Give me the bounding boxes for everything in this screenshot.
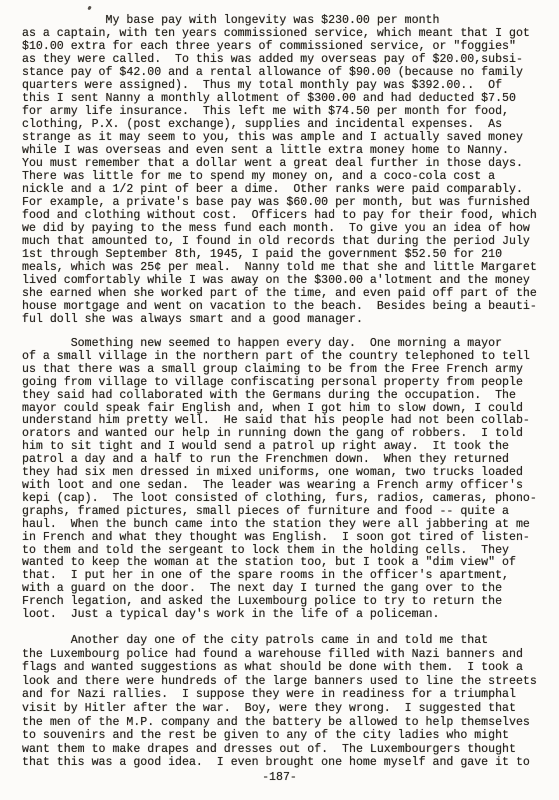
text-line: Something new seemed to happen every day… bbox=[22, 338, 552, 351]
text-line: house mortgage and went on vacation to t… bbox=[22, 300, 552, 313]
text-line: while I was overseas and even sent a lit… bbox=[22, 144, 552, 157]
text-line: we did by paying to the mess fund each m… bbox=[22, 222, 552, 235]
text-line: Another day one of the city patrols came… bbox=[22, 634, 552, 648]
paragraph-army-pay: My base pay with longevity was $230.00 p… bbox=[22, 14, 552, 326]
text-line: visit by Hitler after the war. Boy, were… bbox=[22, 702, 552, 716]
text-line: she earned when she worked part of the t… bbox=[22, 287, 552, 300]
text-line: and for Nazi rallies. I suppose they wer… bbox=[22, 688, 552, 702]
document-page: My base pay with longevity was $230.00 p… bbox=[0, 0, 559, 800]
text-line: of a small village in the northern part … bbox=[22, 351, 552, 364]
text-line: to souvenirs and the rest be given to an… bbox=[22, 729, 552, 743]
text-line: food and clothing without cost. Officers… bbox=[22, 209, 552, 222]
text-line: loot. Just a typical day's work in the l… bbox=[22, 609, 552, 622]
text-line: that this was a good idea. I even brough… bbox=[22, 756, 552, 770]
text-line: with loot and one sedan. The leader was … bbox=[22, 480, 552, 493]
text-line: haul. When the bunch came into the stati… bbox=[22, 519, 552, 532]
text-line: much that amounted to, I found in old re… bbox=[22, 235, 552, 248]
page-number: -187- bbox=[0, 771, 559, 784]
text-line: 1st through September 8th, 1945, I paid … bbox=[22, 248, 552, 261]
text-line: My base pay with longevity was $230.00 p… bbox=[22, 14, 552, 27]
text-line: the men of the M.P. company and the batt… bbox=[22, 716, 552, 730]
text-line: going from village to village confiscati… bbox=[22, 377, 552, 390]
paragraph-nazi-banners: Another day one of the city patrols came… bbox=[22, 634, 552, 770]
text-line: as a captain, with ten years commissione… bbox=[22, 27, 552, 40]
text-line: for army life insurance. This left me wi… bbox=[22, 105, 552, 118]
text-line: stance pay of $42.00 and a rental allowa… bbox=[22, 66, 552, 79]
text-line: lived comfortably while I was away on th… bbox=[22, 274, 552, 287]
text-line: There was little for me to spend my mone… bbox=[22, 170, 552, 183]
text-line: flags and wanted suggestions as what sho… bbox=[22, 661, 552, 675]
text-line: strange as it may seem to you, this was … bbox=[22, 131, 552, 144]
text-line: they said had collaborated with the Germ… bbox=[22, 390, 552, 403]
text-line: ful doll she was always smart and a good… bbox=[22, 313, 552, 326]
text-line: For example, a private's base pay was $6… bbox=[22, 196, 552, 209]
text-line: $10.00 extra for each three years of com… bbox=[22, 40, 552, 53]
scan-speck bbox=[87, 6, 91, 11]
paragraph-free-french-gang: Something new seemed to happen every day… bbox=[22, 338, 552, 622]
text-line: You must remember that a dollar went a g… bbox=[22, 157, 552, 170]
text-line: as they were called. To this was added m… bbox=[22, 53, 552, 66]
text-line: quarters were assigned). Thus my total m… bbox=[22, 79, 552, 92]
text-line: nickle and a 1/2 pint of beer a dime. Ot… bbox=[22, 183, 552, 196]
text-line: in French and what they thought was Engl… bbox=[22, 532, 552, 545]
text-line: kepi (cap). The loot consisted of clothi… bbox=[22, 493, 552, 506]
text-line: the Luxembourg police had found a wareho… bbox=[22, 648, 552, 662]
text-line: this I sent Nanny a monthly allotment of… bbox=[22, 92, 552, 105]
text-line: graphs, framed pictures, small pieces of… bbox=[22, 506, 552, 519]
text-line: clothing, P.X. (post exchange), supplies… bbox=[22, 118, 552, 131]
text-line: us that there was a small group claiming… bbox=[22, 364, 552, 377]
text-line: look and there were hundreds of the larg… bbox=[22, 675, 552, 689]
text-line: meals, which was 25¢ per meal. Nanny tol… bbox=[22, 261, 552, 274]
text-line: want them to make drapes and dresses out… bbox=[22, 743, 552, 757]
